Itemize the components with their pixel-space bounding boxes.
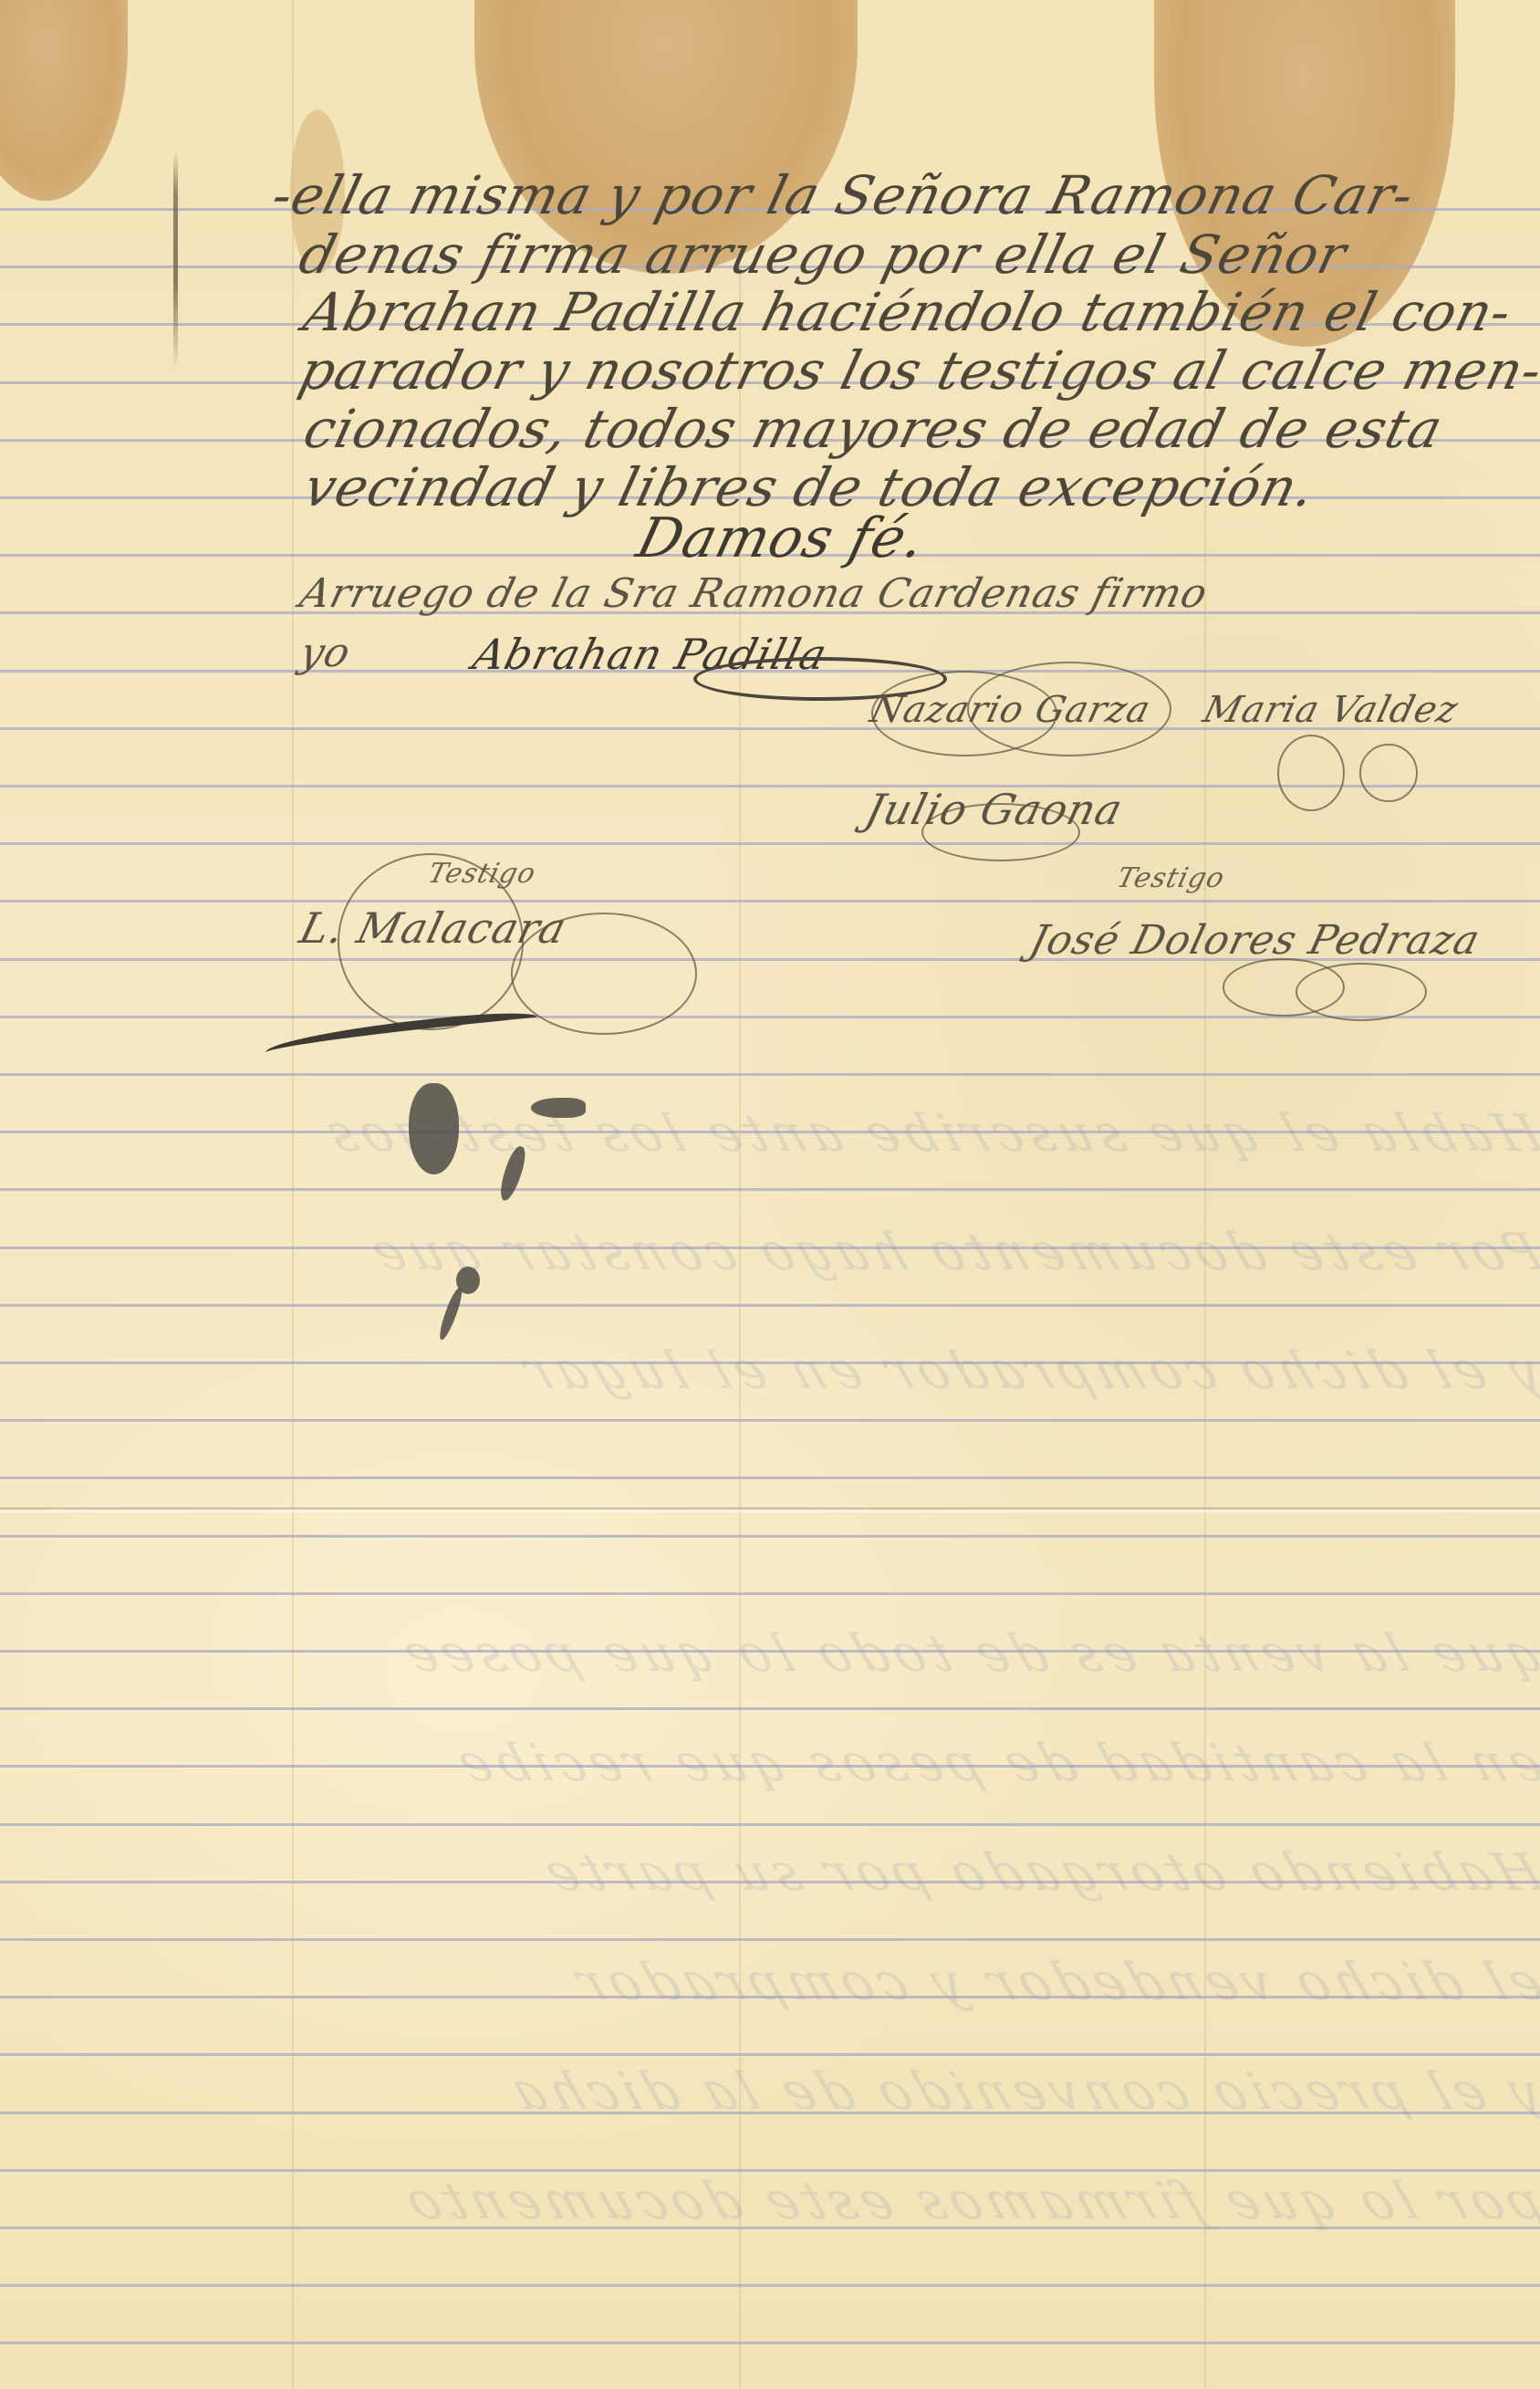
signature-flourish: [338, 853, 524, 1030]
ink-blot: [531, 1098, 586, 1118]
signature-flourish: [1277, 735, 1345, 811]
ruled-line: [0, 1016, 1540, 1018]
margin-ink-mark: [173, 151, 178, 370]
ruled-line: [0, 1707, 1540, 1710]
signature-flourish: [1359, 744, 1418, 802]
body-line: cionados, todos mayores de edad de esta: [298, 398, 1450, 460]
signature-flourish: [967, 662, 1171, 756]
attestation-line: Arruego de la Sra Ramona Cardenas firmo: [296, 570, 1212, 617]
ruled-line: [0, 1938, 1540, 1941]
ruled-line: [0, 1823, 1540, 1826]
body-line: -ella misma y por la Señora Ramona Car-: [266, 164, 1421, 226]
signature-jose-dolores-pedraza: José Dolores Pedraza: [1025, 917, 1485, 964]
ruled-line: [0, 1592, 1540, 1595]
witness-label-right: Testigo: [1114, 862, 1228, 894]
ruled-line: [0, 1476, 1540, 1479]
ruled-line: [0, 842, 1540, 845]
body-line: denas firma arruego por ella el Señor: [294, 224, 1354, 286]
ruled-line: [0, 2342, 1540, 2344]
ruled-line: [0, 1073, 1540, 1076]
signature-flourish: [511, 913, 697, 1035]
ruled-line: [0, 2053, 1540, 2056]
horizontal-fold-crease: [0, 1507, 1540, 1513]
body-line: Abrahan Padilla haciéndolo también el co…: [298, 281, 1519, 343]
ruled-line: [0, 1304, 1540, 1307]
closing-phrase: Damos fé.: [630, 506, 931, 570]
signature-flourish: [921, 803, 1080, 861]
ruled-line: [0, 900, 1540, 902]
ruled-line: [0, 2284, 1540, 2287]
body-line: parador y nosotros los testigos al calce…: [294, 339, 1540, 402]
vertical-fold: [292, 0, 294, 2389]
ruled-line: [0, 1419, 1540, 1422]
signature-flourish: [1295, 963, 1427, 1021]
signature-maria-valdez: Maria Valdez: [1199, 689, 1462, 731]
ruled-line: [0, 1535, 1540, 1538]
ink-blot: [409, 1083, 459, 1174]
ruled-line: [0, 1188, 1540, 1191]
